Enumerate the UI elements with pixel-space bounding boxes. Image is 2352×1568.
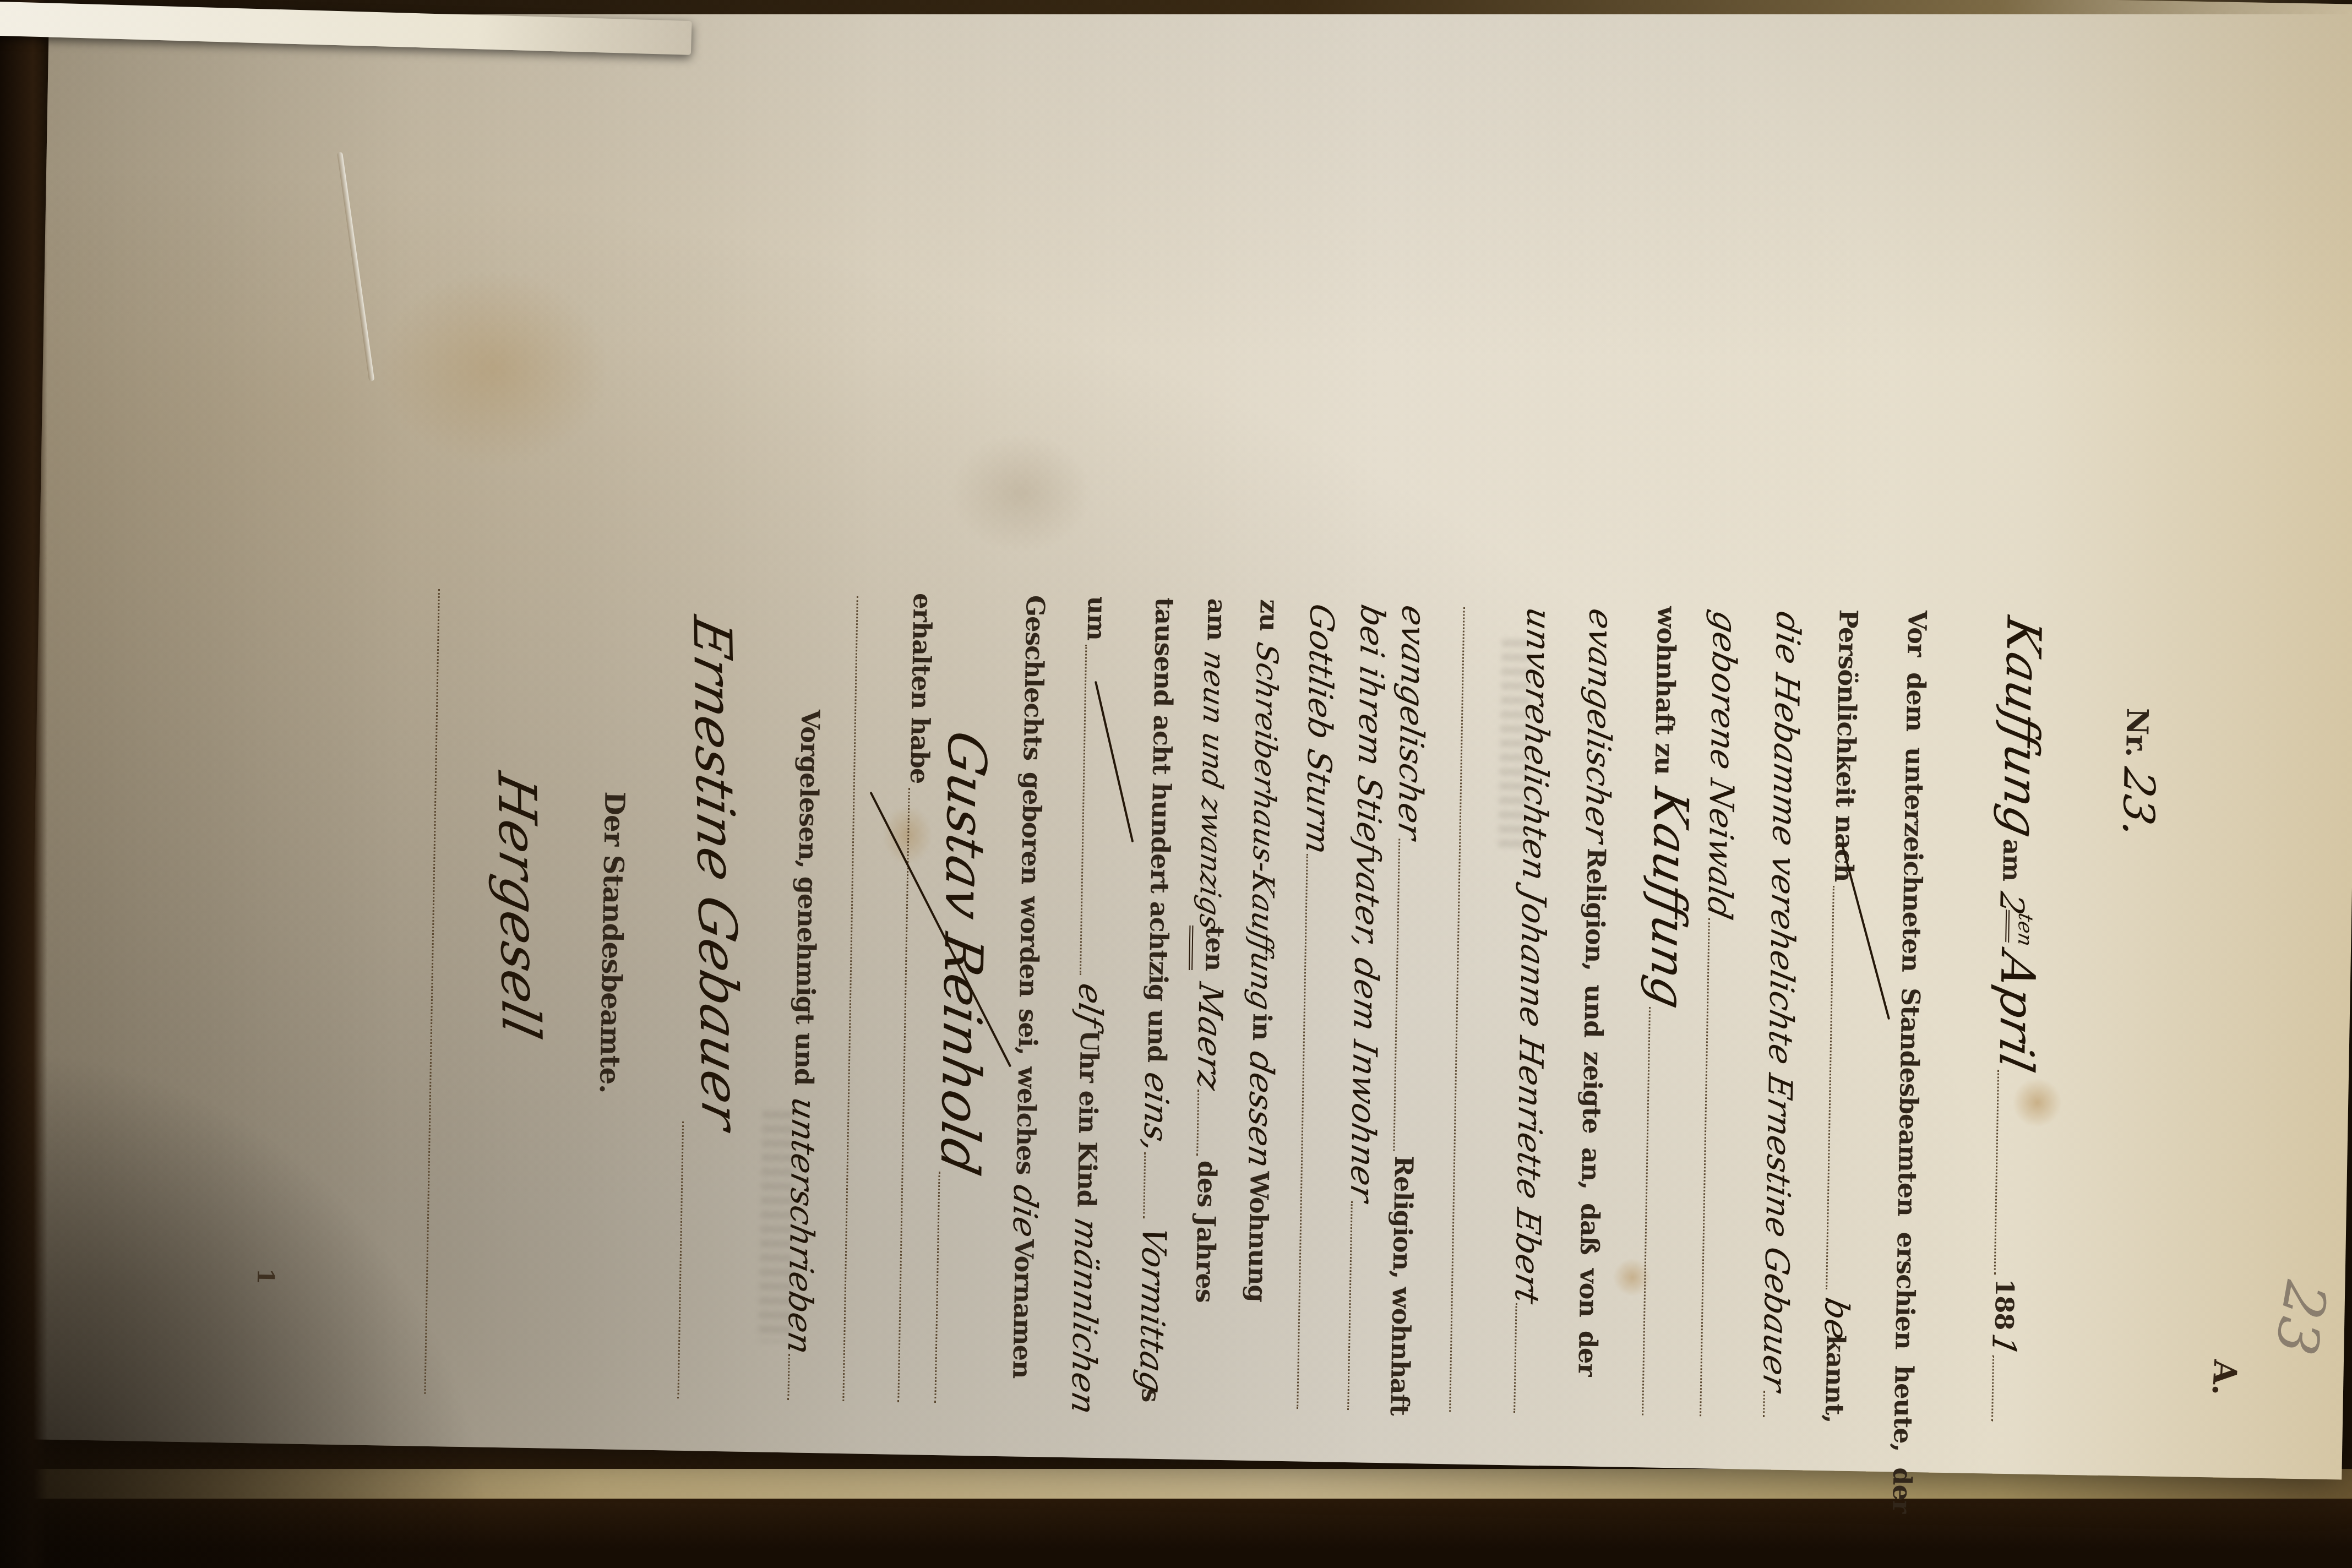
handwritten-text: evangelischer [1575, 605, 1617, 846]
handwritten-text: unterschrieben [777, 1085, 820, 1357]
paper-stain [377, 267, 612, 469]
day-suffix: ten [2005, 910, 2035, 948]
declarant-signature-line: Ernestine Gebauer [666, 589, 791, 1404]
place-handwritten: Kauffung [1991, 612, 2048, 842]
handwritten-text: Maerz [1186, 970, 1227, 1093]
printed-text: Wohnung [1235, 1163, 1273, 1302]
book-photo: 23 A. 1 Nr. 23. Kauffung am 2 ten April … [0, 0, 2352, 1568]
printed-text: um [1074, 596, 1110, 640]
registrar-title-line: Der Standesbeamte. [581, 587, 650, 1402]
printed-text: Vorgelesen, genehmigt und [782, 709, 824, 1085]
dotted-fill [1994, 1069, 1999, 1274]
printed-text: am [1195, 598, 1231, 641]
declarant-signature: Ernestine Gebauer [680, 611, 747, 1135]
dotted-fill [1826, 886, 1834, 1289]
corner-shadow [0, 1046, 496, 1568]
year-digit-handwritten: 1 [1981, 1330, 2020, 1359]
dotted-fill [1991, 1355, 1994, 1421]
printed-text: des Jahres [1183, 1160, 1221, 1303]
dotted-fill [1513, 1303, 1517, 1413]
printed-text: tausend acht hundert achtzig und [1135, 597, 1178, 1062]
am-label: am [1990, 831, 2026, 881]
dotted-fill [1143, 1152, 1146, 1218]
handwritten-text: Vormittag [1129, 1222, 1170, 1396]
printed-text: erhalten habe [897, 593, 936, 784]
handwritten-text: dessen [1238, 1040, 1278, 1171]
dotted-fill [842, 596, 858, 1401]
handwritten-text: elf [1068, 979, 1107, 1030]
paper-stain [948, 431, 1093, 555]
date-line: Kauffung am 2 ten April 188 1 [1980, 612, 2060, 1427]
dotted-fill [1297, 854, 1308, 1409]
dotted-fill [787, 1354, 790, 1400]
form-line: Vor dem unterzeichneten Standesbeamten e… [1881, 610, 1961, 1425]
dotted-fill [897, 788, 910, 1402]
registrar-signature: Hergesell [484, 767, 547, 1043]
dotted-fill [1196, 1090, 1199, 1156]
handwritten-text: be [1814, 1294, 1853, 1343]
dotted-fill [1080, 645, 1087, 976]
dotted-fill [677, 1121, 684, 1398]
month-handwritten: April [1986, 942, 2041, 1076]
year-printed: 188 [1982, 1278, 2018, 1330]
registrar-title: Der Standesbeamte. [586, 791, 629, 1093]
dotted-fill [1347, 1201, 1353, 1410]
dotted-fill [1763, 1391, 1765, 1417]
printed-text: zu [1247, 599, 1283, 631]
handwritten-text: Kauffung [1638, 774, 1695, 1013]
dotted-fill [1642, 1006, 1651, 1415]
printed-text: wohnhaft zu [1642, 606, 1680, 775]
paper-crease [337, 152, 374, 382]
handwritten-text: eins, [1133, 1062, 1173, 1156]
